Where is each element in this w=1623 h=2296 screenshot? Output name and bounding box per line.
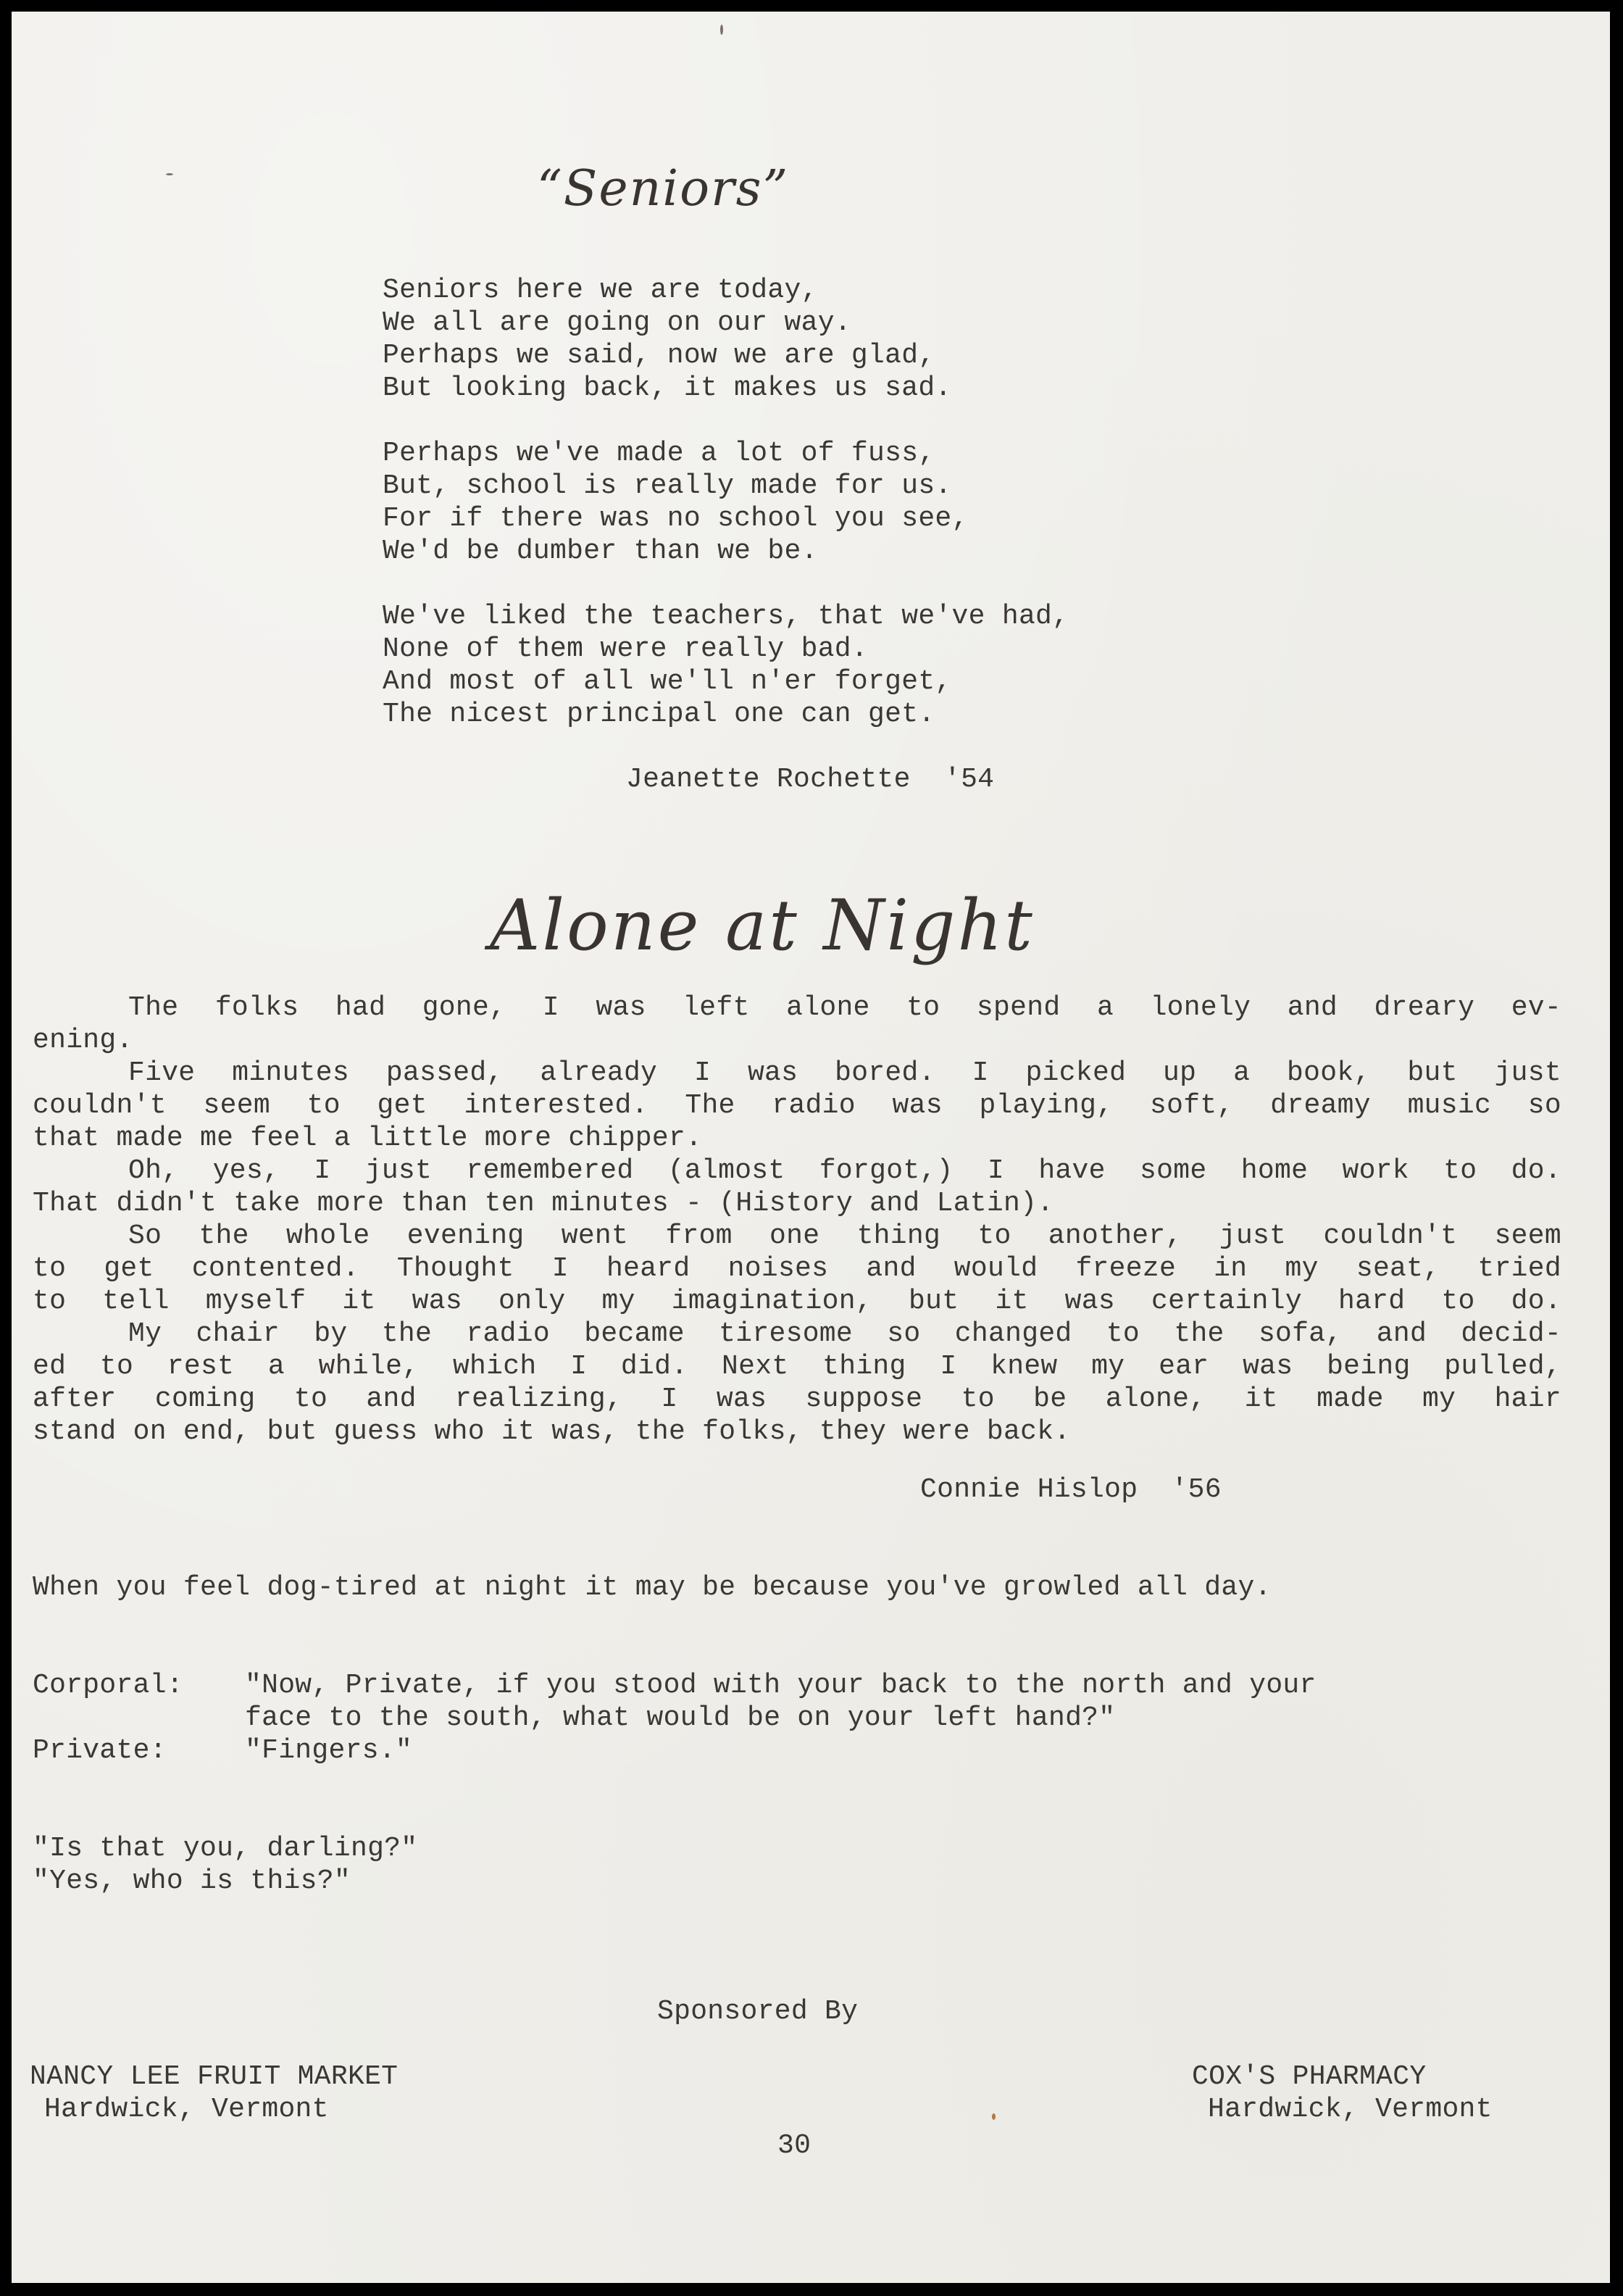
joke-darling-line-2: "Yes, who is this?" (33, 1865, 351, 1897)
poem-stanza-2-line-2: But, school is really made for us. (383, 470, 952, 502)
story-line: to get contented. Thought I heard noises… (33, 1252, 1561, 1285)
story-line: ening. (33, 1024, 1561, 1057)
poem-stanza-3-line-2: None of them were really bad. (383, 633, 868, 665)
joke-corporal-line-1: "Now, Private, if you stood with your ba… (245, 1669, 1317, 1702)
story-line: That didn't take more than ten minutes -… (33, 1187, 1561, 1220)
joke-corporal-label: Corporal: (33, 1669, 183, 1702)
poem-stanza-2-line-1: Perhaps we've made a lot of fuss, (383, 437, 935, 470)
poem-stanza-1-line-2: We all are going on our way. (383, 307, 851, 339)
sponsor-left-location: Hardwick, Vermont (44, 2093, 329, 2126)
sponsors-heading: Sponsored By (657, 1995, 858, 2028)
poem-stanza-3-line-4: The nicest principal one can get. (383, 698, 935, 731)
story-line: So the whole evening went from one thing… (33, 1220, 1561, 1252)
joke-darling-line-1: "Is that you, darling?" (33, 1832, 417, 1865)
poem-stanza-3-line-3: And most of all we'll n'er forget, (383, 665, 952, 698)
joke-private-label: Private: (33, 1734, 167, 1767)
poem-stanza-1-line-4: But looking back, it makes us sad. (383, 372, 952, 404)
sponsor-right-location: Hardwick, Vermont (1208, 2093, 1493, 2126)
story-line: couldn't seem to get interested. The rad… (33, 1089, 1561, 1122)
story-title: Alone at Night (490, 885, 1035, 966)
poem-stanza-1-line-3: Perhaps we said, now we are glad, (383, 339, 935, 372)
yearbook-page: “Seniors” Seniors here we are today, We … (12, 12, 1610, 2283)
ink-speck (720, 25, 723, 35)
story-line: stand on end, but guess who it was, the … (33, 1415, 1561, 1448)
page-number: 30 (777, 2129, 811, 2162)
story-line: The folks had gone, I was left alone to … (33, 991, 1561, 1024)
story-line: to tell myself it was only my imaginatio… (33, 1285, 1561, 1318)
poem-stanza-2-line-4: We'd be dumber than we be. (383, 535, 818, 567)
poem-title: “Seniors” (537, 160, 789, 217)
story-line: after coming to and realizing, I was sup… (33, 1383, 1561, 1415)
sponsor-right-name: COX'S PHARMACY (1192, 2060, 1426, 2093)
poem-stanza-1-line-1: Seniors here we are today, (383, 274, 818, 307)
poem-stanza-3-line-1: We've liked the teachers, that we've had… (383, 600, 1069, 633)
poem-stanza-2-line-3: For if there was no school you see, (383, 502, 969, 535)
story-line: Five minutes passed, already I was bored… (33, 1057, 1561, 1089)
story-line: Oh, yes, I just remembered (almost forgo… (33, 1155, 1561, 1187)
story-line: My chair by the radio became tiresome so… (33, 1318, 1561, 1350)
joke-dog-tired: When you feel dog-tired at night it may … (33, 1571, 1272, 1604)
poem-author: Jeanette Rochette '54 (626, 763, 994, 796)
ink-speck (166, 173, 173, 175)
joke-private-line: "Fingers." (245, 1734, 412, 1767)
story-line: ed to rest a while, which I did. Next th… (33, 1350, 1561, 1383)
joke-corporal-line-2: face to the south, what would be on your… (245, 1702, 1115, 1734)
sponsor-left-name: NANCY LEE FRUIT MARKET (30, 2060, 398, 2093)
ink-speck (992, 2113, 996, 2120)
story-author: Connie Hislop '56 (920, 1473, 1222, 1506)
story-line: that made me feel a little more chipper. (33, 1122, 1561, 1155)
